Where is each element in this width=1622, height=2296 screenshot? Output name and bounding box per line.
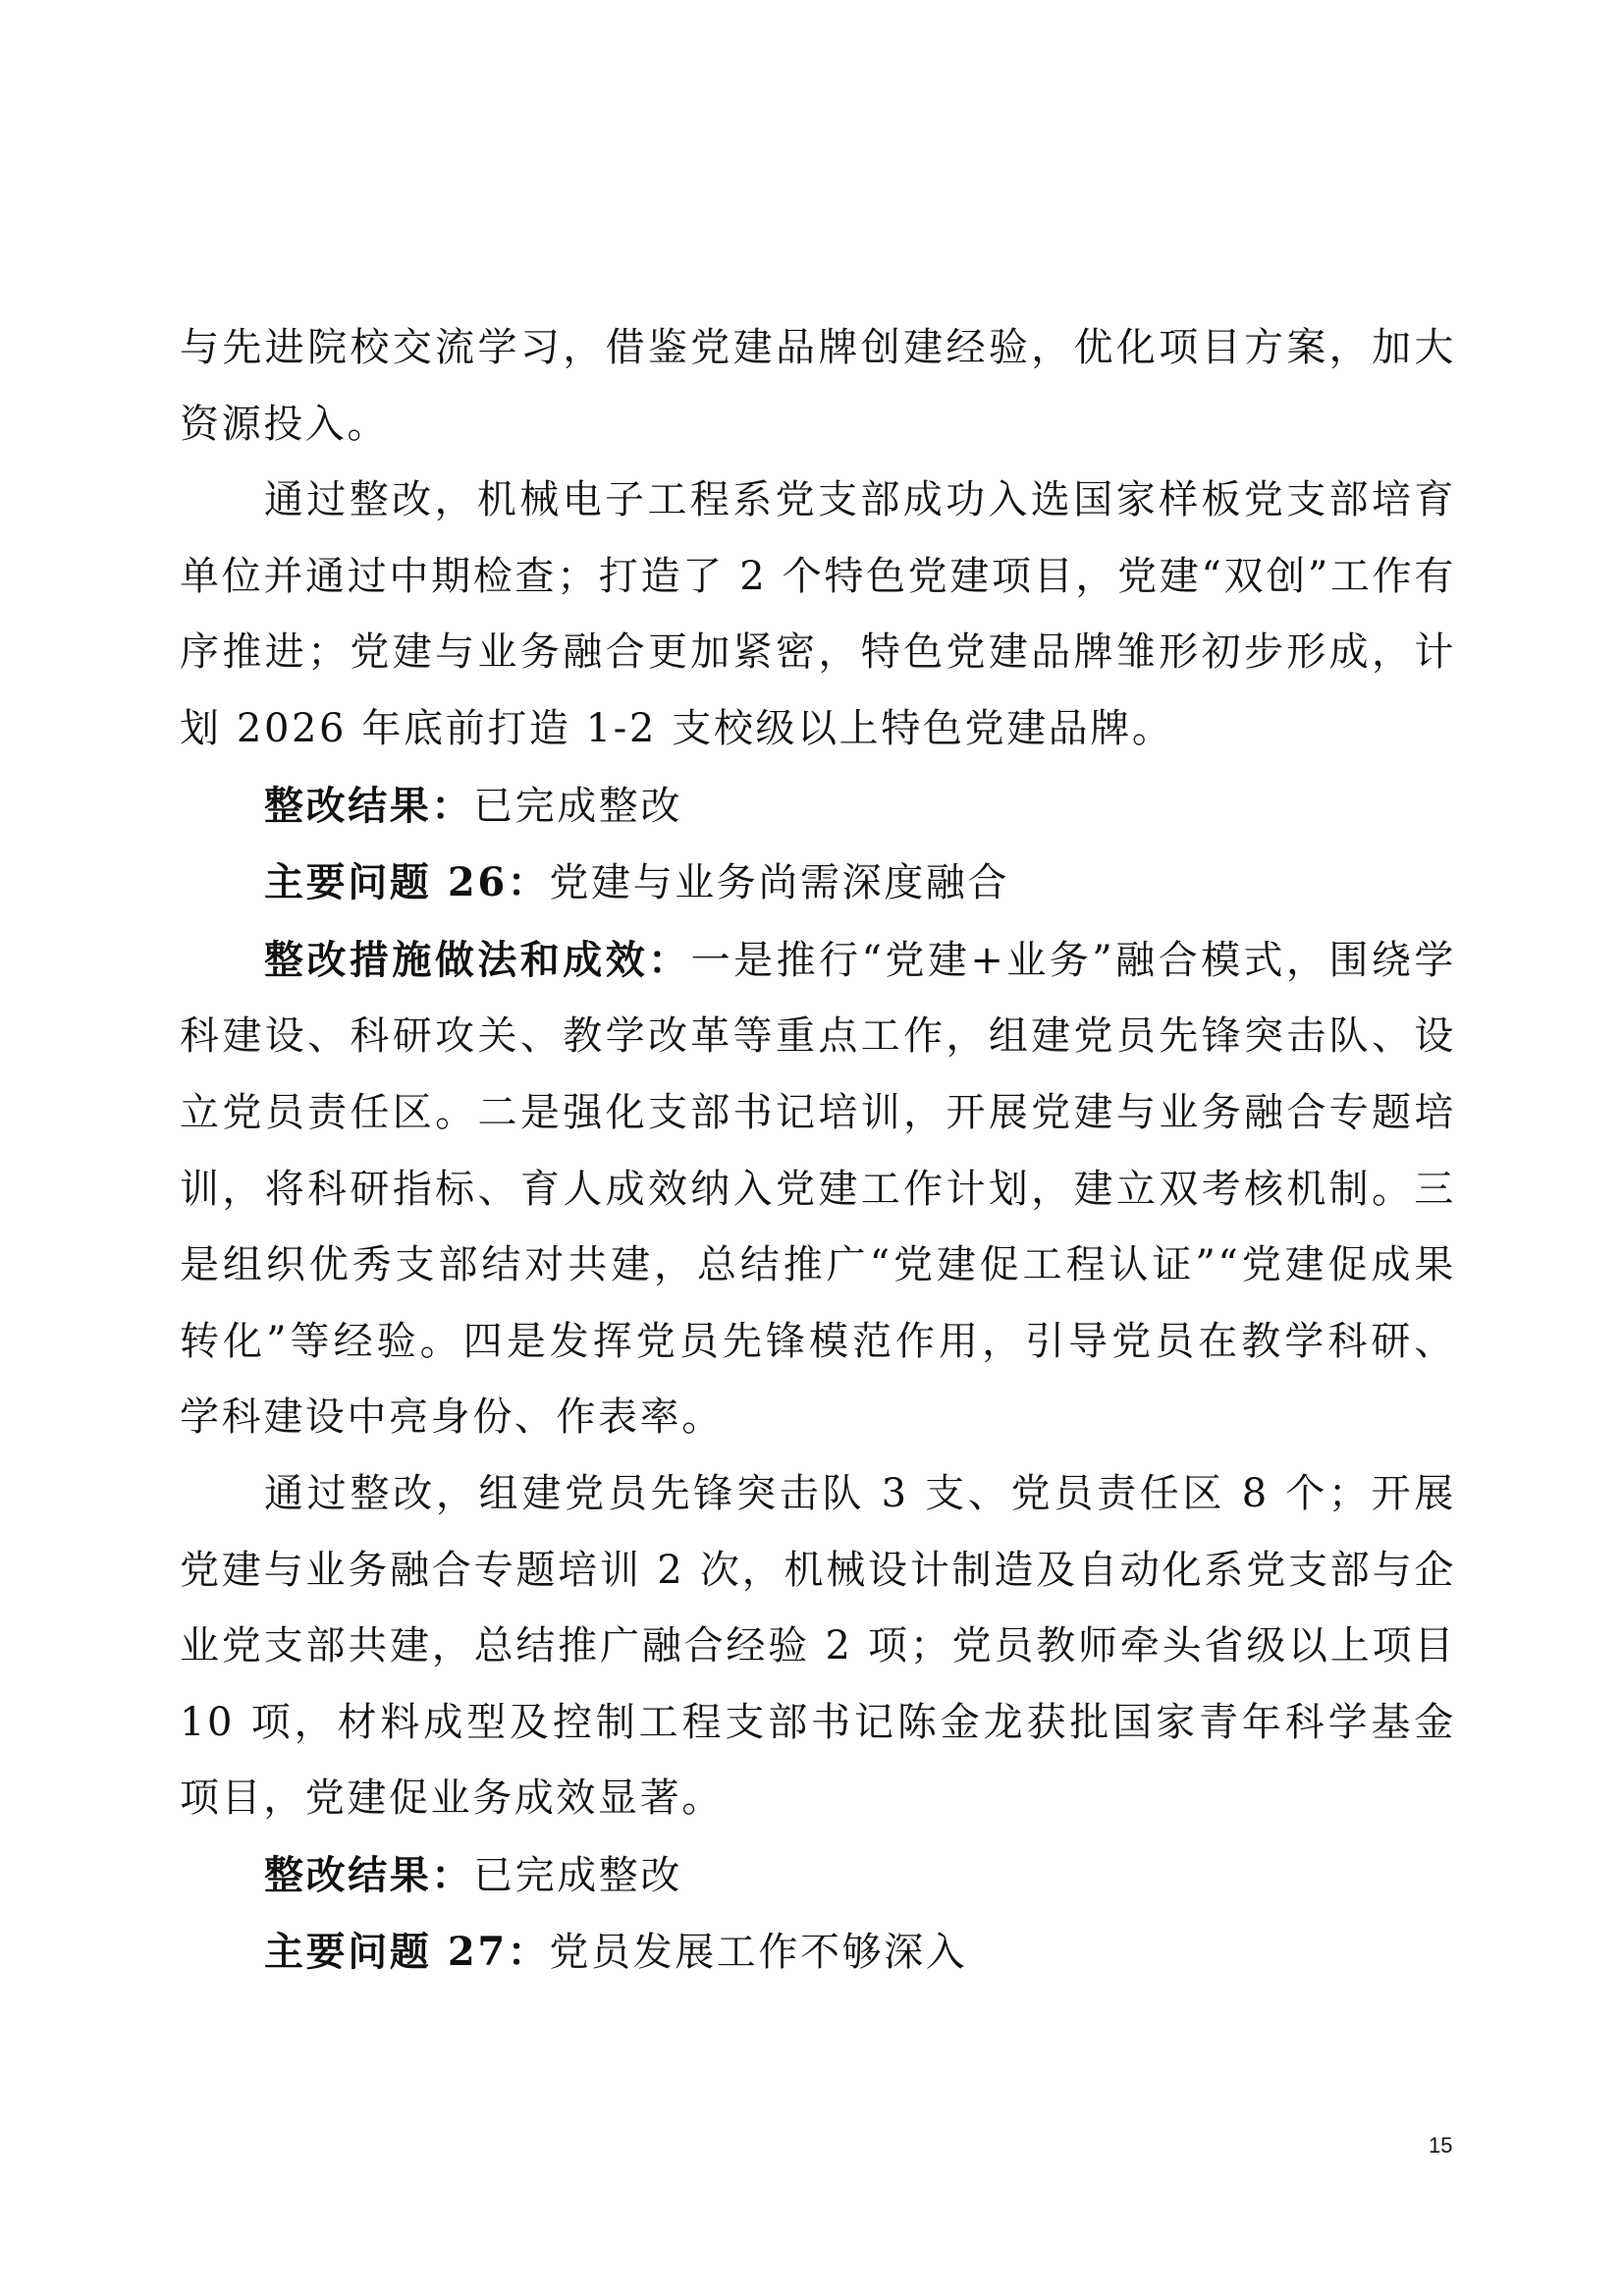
result-label: 整改结果： (264, 1852, 473, 1898)
paragraph-continuation: 与先进院校交流学习，借鉴党建品牌创建经验，优化项目方案，加大资源投入。 (180, 310, 1456, 463)
rectification-result-25: 整改结果：已完成整改 (180, 768, 1456, 846)
paragraph-rectification-outcome-25: 通过整改，机械电子工程系党支部成功入选国家样板党支部培育单位并通过中期检查；打造… (180, 463, 1456, 767)
problem-label: 主要问题 27： (264, 1929, 549, 1975)
measures-text: 一是推行“党建+业务”融合模式，围绕学科建设、科研攻关、教学改革等重点工作，组建… (180, 938, 1456, 1441)
result-value: 已完成整改 (473, 784, 682, 829)
rectification-result-26: 整改结果：已完成整改 (180, 1837, 1456, 1915)
rectification-measures-26: 整改措施做法和成效：一是推行“党建+业务”融合模式，围绕学科建设、科研攻关、教学… (180, 922, 1456, 1456)
result-value: 已完成整改 (473, 1853, 682, 1898)
problem-heading-27: 主要问题 27：党员发展工作不够深入 (180, 1914, 1456, 1992)
paragraph-text: 通过整改，机械电子工程系党支部成功入选国家样板党支部培育单位并通过中期检查；打造… (180, 477, 1456, 751)
result-label: 整改结果： (264, 783, 473, 829)
paragraph-text: 与先进院校交流学习，借鉴党建品牌创建经验，优化项目方案，加大资源投入。 (180, 325, 1456, 447)
problem-title: 党员发展工作不够深入 (549, 1930, 967, 1975)
page-number: 15 (1429, 2133, 1452, 2159)
document-page: 与先进院校交流学习，借鉴党建品牌创建经验，优化项目方案，加大资源投入。 通过整改… (180, 310, 1456, 1992)
measures-label: 整改措施做法和成效： (264, 937, 691, 983)
problem-heading-26: 主要问题 26：党建与业务尚需深度融合 (180, 845, 1456, 922)
paragraph-rectification-outcome-26: 通过整改，组建党员先锋突击队 3 支、党员责任区 8 个；开展党建与业务融合专题… (180, 1456, 1456, 1837)
problem-label: 主要问题 26： (264, 859, 549, 905)
paragraph-text: 通过整改，组建党员先锋突击队 3 支、党员责任区 8 个；开展党建与业务融合专题… (180, 1471, 1456, 1821)
problem-title: 党建与业务尚需深度融合 (549, 860, 1009, 905)
